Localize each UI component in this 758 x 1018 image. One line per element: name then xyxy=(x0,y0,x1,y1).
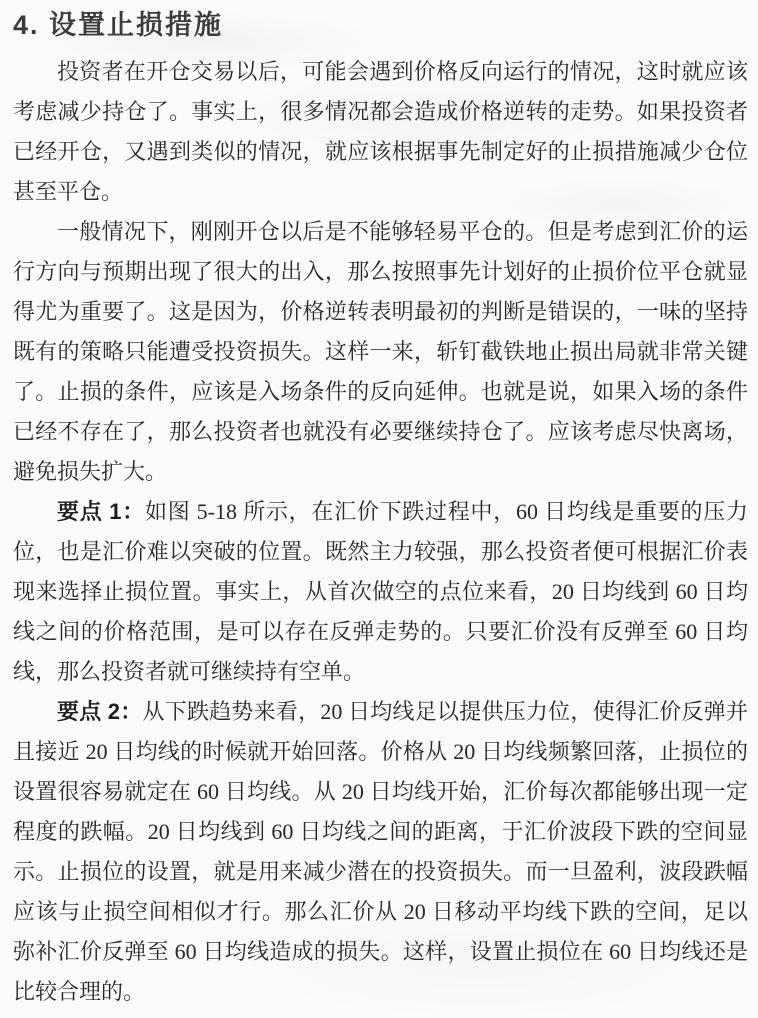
paragraph: 要点 2：从下跌趋势来看，20 日均线足以提供压力位，使得汇价反弹并且接近 20… xyxy=(13,692,748,1012)
paragraph-text: 如图 5-18 所示，在汇价下跌过程中，60 日均线是重要的压力位，也是汇价难以… xyxy=(13,499,748,684)
paragraph: 要点 1：如图 5-18 所示，在汇价下跌过程中，60 日均线是重要的压力位，也… xyxy=(13,492,748,692)
paragraph-text: 投资者在开仓交易以后，可能会遇到价格反向运行的情况，这时就应该考虑减少持仓了。事… xyxy=(13,59,748,204)
point-label: 要点 2： xyxy=(57,699,143,724)
section-heading: 4. 设置止损措施 xyxy=(13,8,748,42)
paragraph: 一般情况下，刚刚开仓以后是不能够轻易平仓的。但是考虑到汇价的运行方向与预期出现了… xyxy=(13,212,748,492)
paragraph-text: 从下跌趋势来看，20 日均线足以提供压力位，使得汇价反弹并且接近 20 日均线的… xyxy=(13,699,748,1004)
document-page: 4. 设置止损措施 投资者在开仓交易以后，可能会遇到价格反向运行的情况，这时就应… xyxy=(0,0,758,1018)
body-text: 投资者在开仓交易以后，可能会遇到价格反向运行的情况，这时就应该考虑减少持仓了。事… xyxy=(13,52,748,1012)
paragraph: 投资者在开仓交易以后，可能会遇到价格反向运行的情况，这时就应该考虑减少持仓了。事… xyxy=(13,52,748,212)
point-label: 要点 1： xyxy=(57,499,145,524)
paragraph-text: 一般情况下，刚刚开仓以后是不能够轻易平仓的。但是考虑到汇价的运行方向与预期出现了… xyxy=(13,219,748,484)
